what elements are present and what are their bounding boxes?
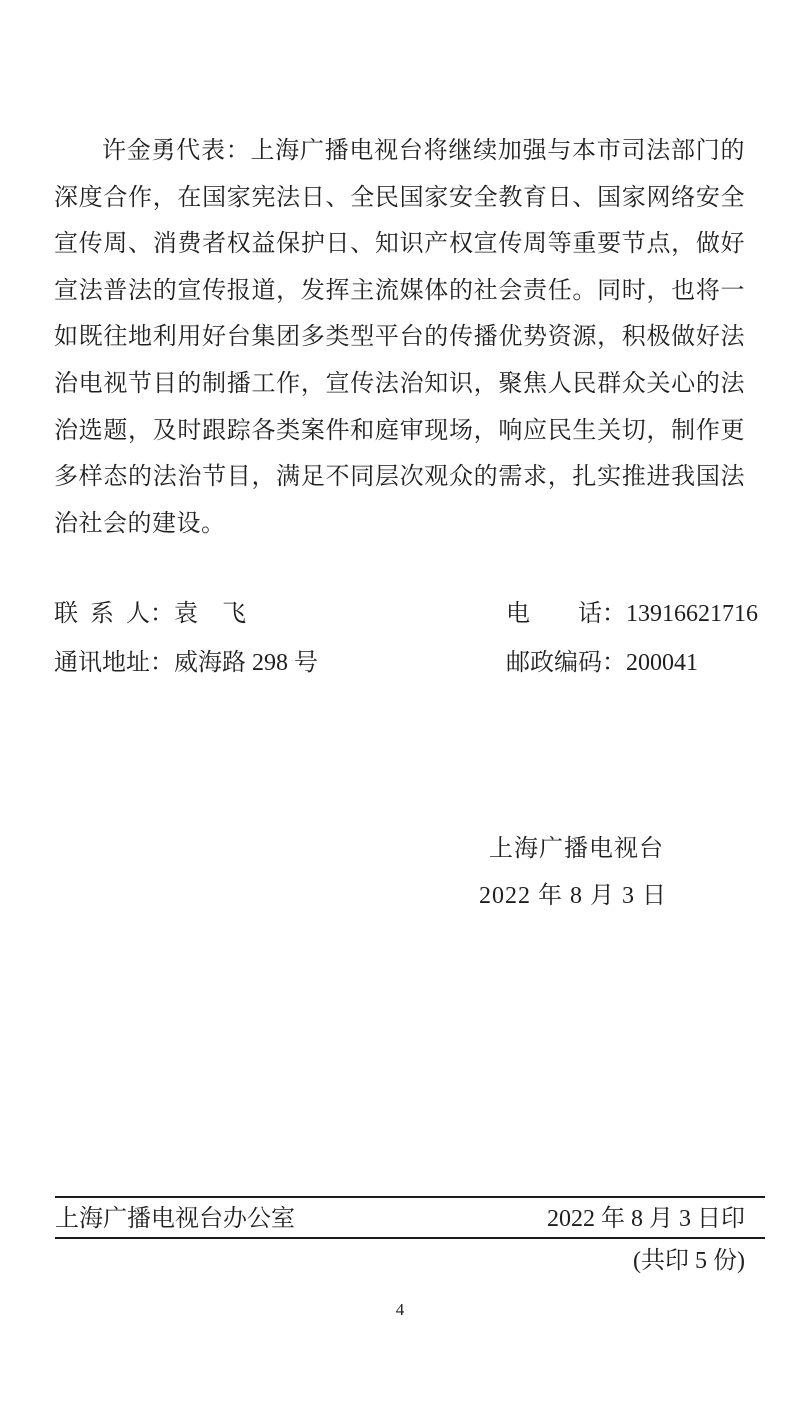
footer-rule-bottom xyxy=(55,1237,765,1239)
contact-address-label: 通讯地址： xyxy=(54,650,174,676)
paragraph-line: 多样态的法治节目，满足不同层次观众的需求，扎实推进我国法 xyxy=(54,454,745,501)
signature-organization: 上海广播电视台 xyxy=(489,833,664,866)
contact-row-address-postcode: 通讯地址：威海路 298 号 邮政编码：200041 xyxy=(0,647,800,680)
contact-row-person-phone: 联 系 人：袁 飞 电 话：13916621716 xyxy=(0,598,800,631)
contact-phone-label: 电 话： xyxy=(506,601,626,627)
paragraph-line: 许金勇代表：上海广播电视台将继续加强与本市司法部门的 xyxy=(54,128,745,175)
contact-address-value: 威海路 298 号 xyxy=(174,650,318,676)
contact-person: 联 系 人：袁 飞 xyxy=(54,598,246,631)
contact-person-value: 袁 飞 xyxy=(174,601,246,627)
paragraph-line: 治电视节目的制播工作，宣传法治知识，聚焦人民群众关心的法 xyxy=(54,361,745,408)
contact-phone: 电 话：13916621716 xyxy=(506,598,758,631)
contact-postcode: 邮政编码：200041 xyxy=(506,647,698,680)
footer-office: 上海广播电视台办公室 xyxy=(55,1203,295,1236)
footer-row: 上海广播电视台办公室 2022 年 8 月 3 日印 xyxy=(55,1203,745,1236)
paragraph-line: 宣传周、消费者权益保护日、知识产权宣传周等重要节点，做好 xyxy=(54,221,745,268)
document-page: 许金勇代表：上海广播电视台将继续加强与本市司法部门的 深度合作，在国家宪法日、全… xyxy=(0,0,800,1404)
signature-date: 2022 年 8 月 3 日 xyxy=(479,880,667,913)
paragraph-line: 深度合作，在国家宪法日、全民国家安全教育日、国家网络安全 xyxy=(54,175,745,222)
footer-print-date: 2022 年 8 月 3 日印 xyxy=(547,1203,745,1236)
contact-phone-value: 13916621716 xyxy=(626,601,758,627)
footer-rule-top xyxy=(55,1196,765,1198)
contact-person-label: 联 系 人： xyxy=(54,601,174,627)
body-paragraph: 许金勇代表：上海广播电视台将继续加强与本市司法部门的 深度合作，在国家宪法日、全… xyxy=(54,128,745,547)
page-number: 4 xyxy=(0,1300,800,1320)
paragraph-line: 治选题，及时跟踪各类案件和庭审现场，响应民生关切，制作更 xyxy=(54,408,745,455)
paragraph-line: 宣法普法的宣传报道，发挥主流媒体的社会责任。同时，也将一 xyxy=(54,268,745,315)
paragraph-line: 如既往地利用好台集团多类型平台的传播优势资源，积极做好法 xyxy=(54,314,745,361)
paragraph-line: 治社会的建设。 xyxy=(54,501,745,548)
contact-postcode-value: 200041 xyxy=(626,650,698,676)
footer-copies-count: (共印 5 份) xyxy=(55,1245,745,1278)
contact-postcode-label: 邮政编码： xyxy=(506,650,626,676)
contact-address: 通讯地址：威海路 298 号 xyxy=(54,647,318,680)
